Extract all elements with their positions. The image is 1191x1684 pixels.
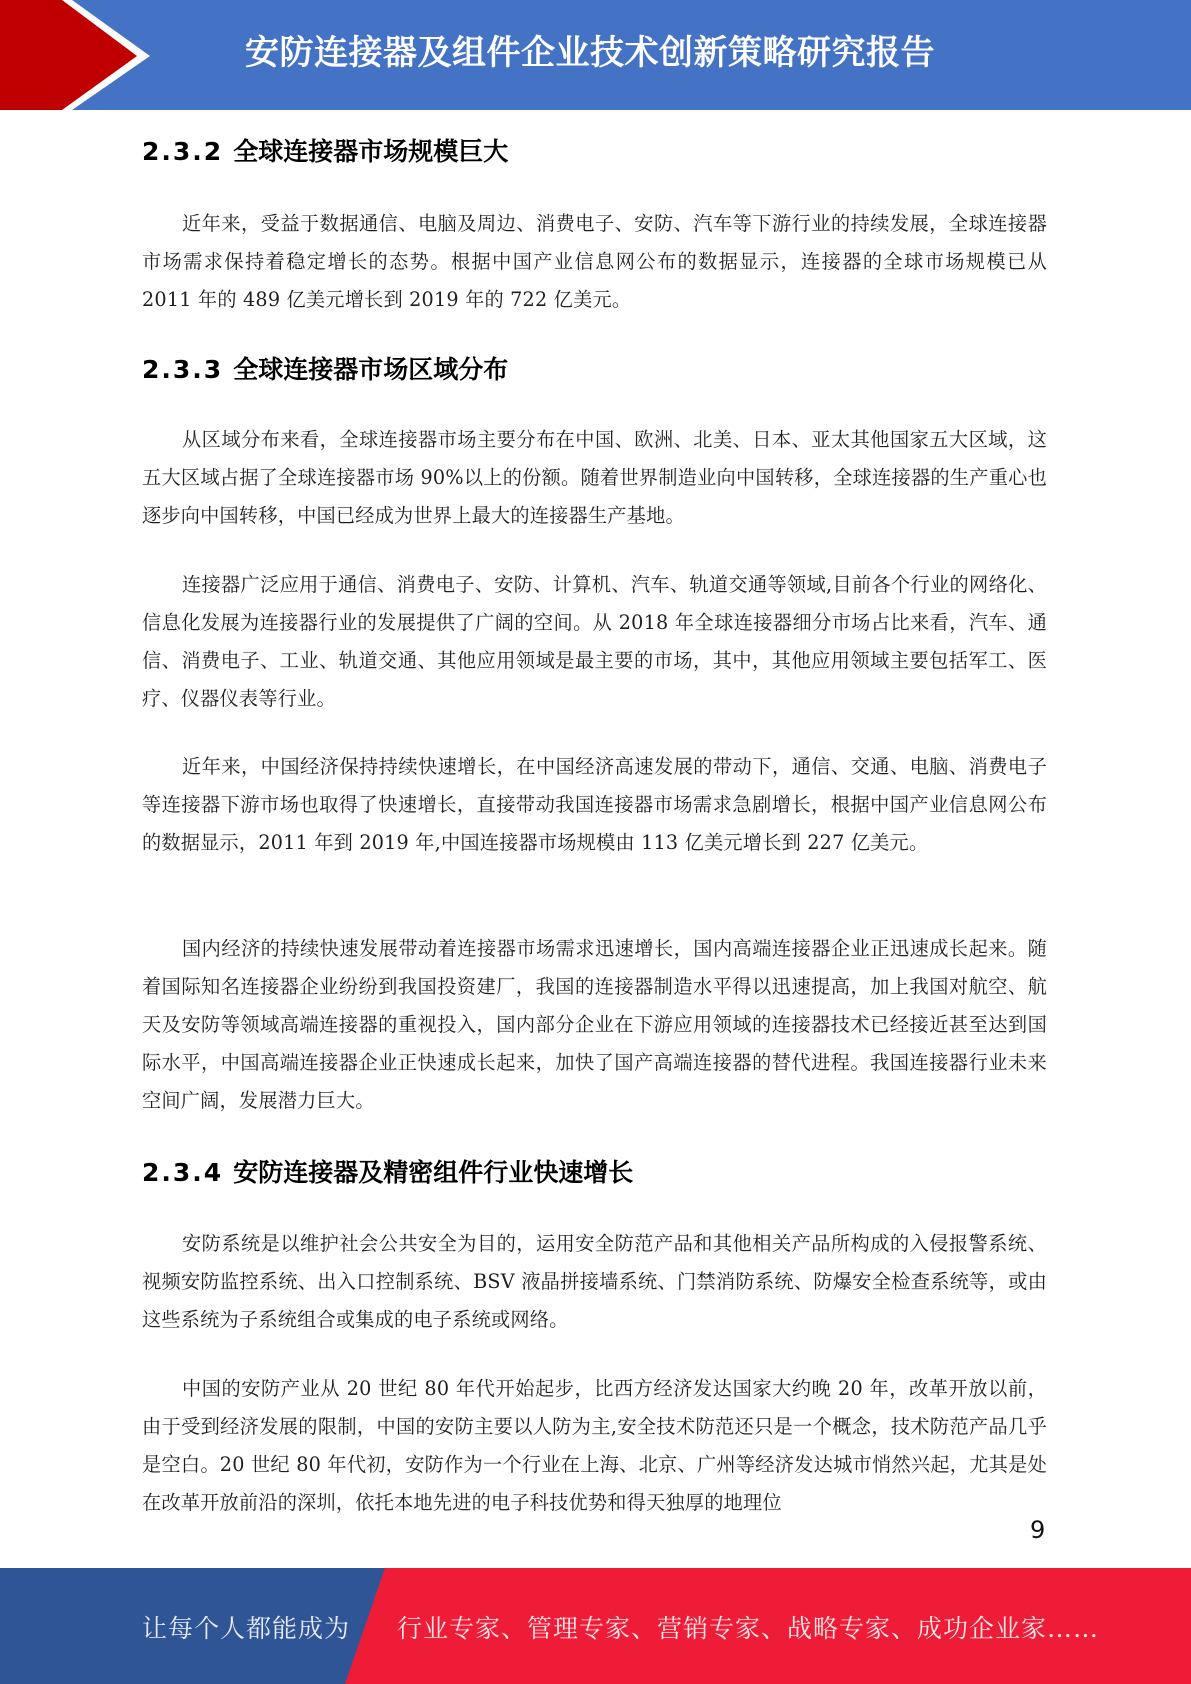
paragraph: 近年来，受益于数据通信、电脑及周边、消费电子、安防、汽车等下游行业的持续发展，全… [142, 205, 1047, 319]
report-header-banner: 安防连接器及组件企业技术创新策略研究报告 [0, 0, 1191, 110]
paragraph: 连接器广泛应用于通信、消费电子、安防、计算机、汽车、轨道交通等领域,目前各个行业… [142, 566, 1047, 718]
section-heading-2-3-2: 2.3.2全球连接器市场规模巨大 [142, 132, 508, 168]
footer-slogan-right: 行业专家、管理专家、营销专家、战略专家、成功企业家…… [397, 1568, 1099, 1684]
paragraph: 从区域分布来看，全球连接器市场主要分布在中国、欧洲、北美、日本、亚太其他国家五大… [142, 421, 1047, 535]
section-heading-2-3-4: 2.3.4安防连接器及精密组件行业快速增长 [142, 1153, 633, 1189]
section-heading-2-3-3: 2.3.3全球连接器市场区域分布 [142, 350, 508, 386]
paragraph: 安防系统是以维护社会公共安全为目的，运用安全防范产品和其他相关产品所构成的入侵报… [142, 1225, 1047, 1339]
report-title: 安防连接器及组件企业技术创新策略研究报告 [245, 0, 935, 106]
section-number: 2.3.3 [142, 355, 223, 384]
footer-banner: 让每个人都能成为 行业专家、管理专家、营销专家、战略专家、成功企业家…… [0, 1568, 1191, 1684]
section-title: 全球连接器市场规模巨大 [233, 137, 508, 166]
page-number: 9 [1030, 1516, 1045, 1544]
section-title: 安防连接器及精密组件行业快速增长 [233, 1158, 633, 1187]
paragraph: 国内经济的持续快速发展带动着连接器市场需求迅速增长，国内高端连接器企业正迅速成长… [142, 930, 1047, 1120]
section-number: 2.3.4 [142, 1158, 223, 1187]
section-title: 全球连接器市场区域分布 [233, 355, 508, 384]
paragraph: 近年来，中国经济保持持续快速增长，在中国经济高速发展的带动下，通信、交通、电脑、… [142, 748, 1047, 862]
paragraph: 中国的安防产业从 20 世纪 80 年代开始起步，比西方经济发达国家大约晚 20… [142, 1370, 1047, 1522]
footer-slogan-left: 让每个人都能成为 [142, 1568, 350, 1684]
section-number: 2.3.2 [142, 137, 223, 166]
